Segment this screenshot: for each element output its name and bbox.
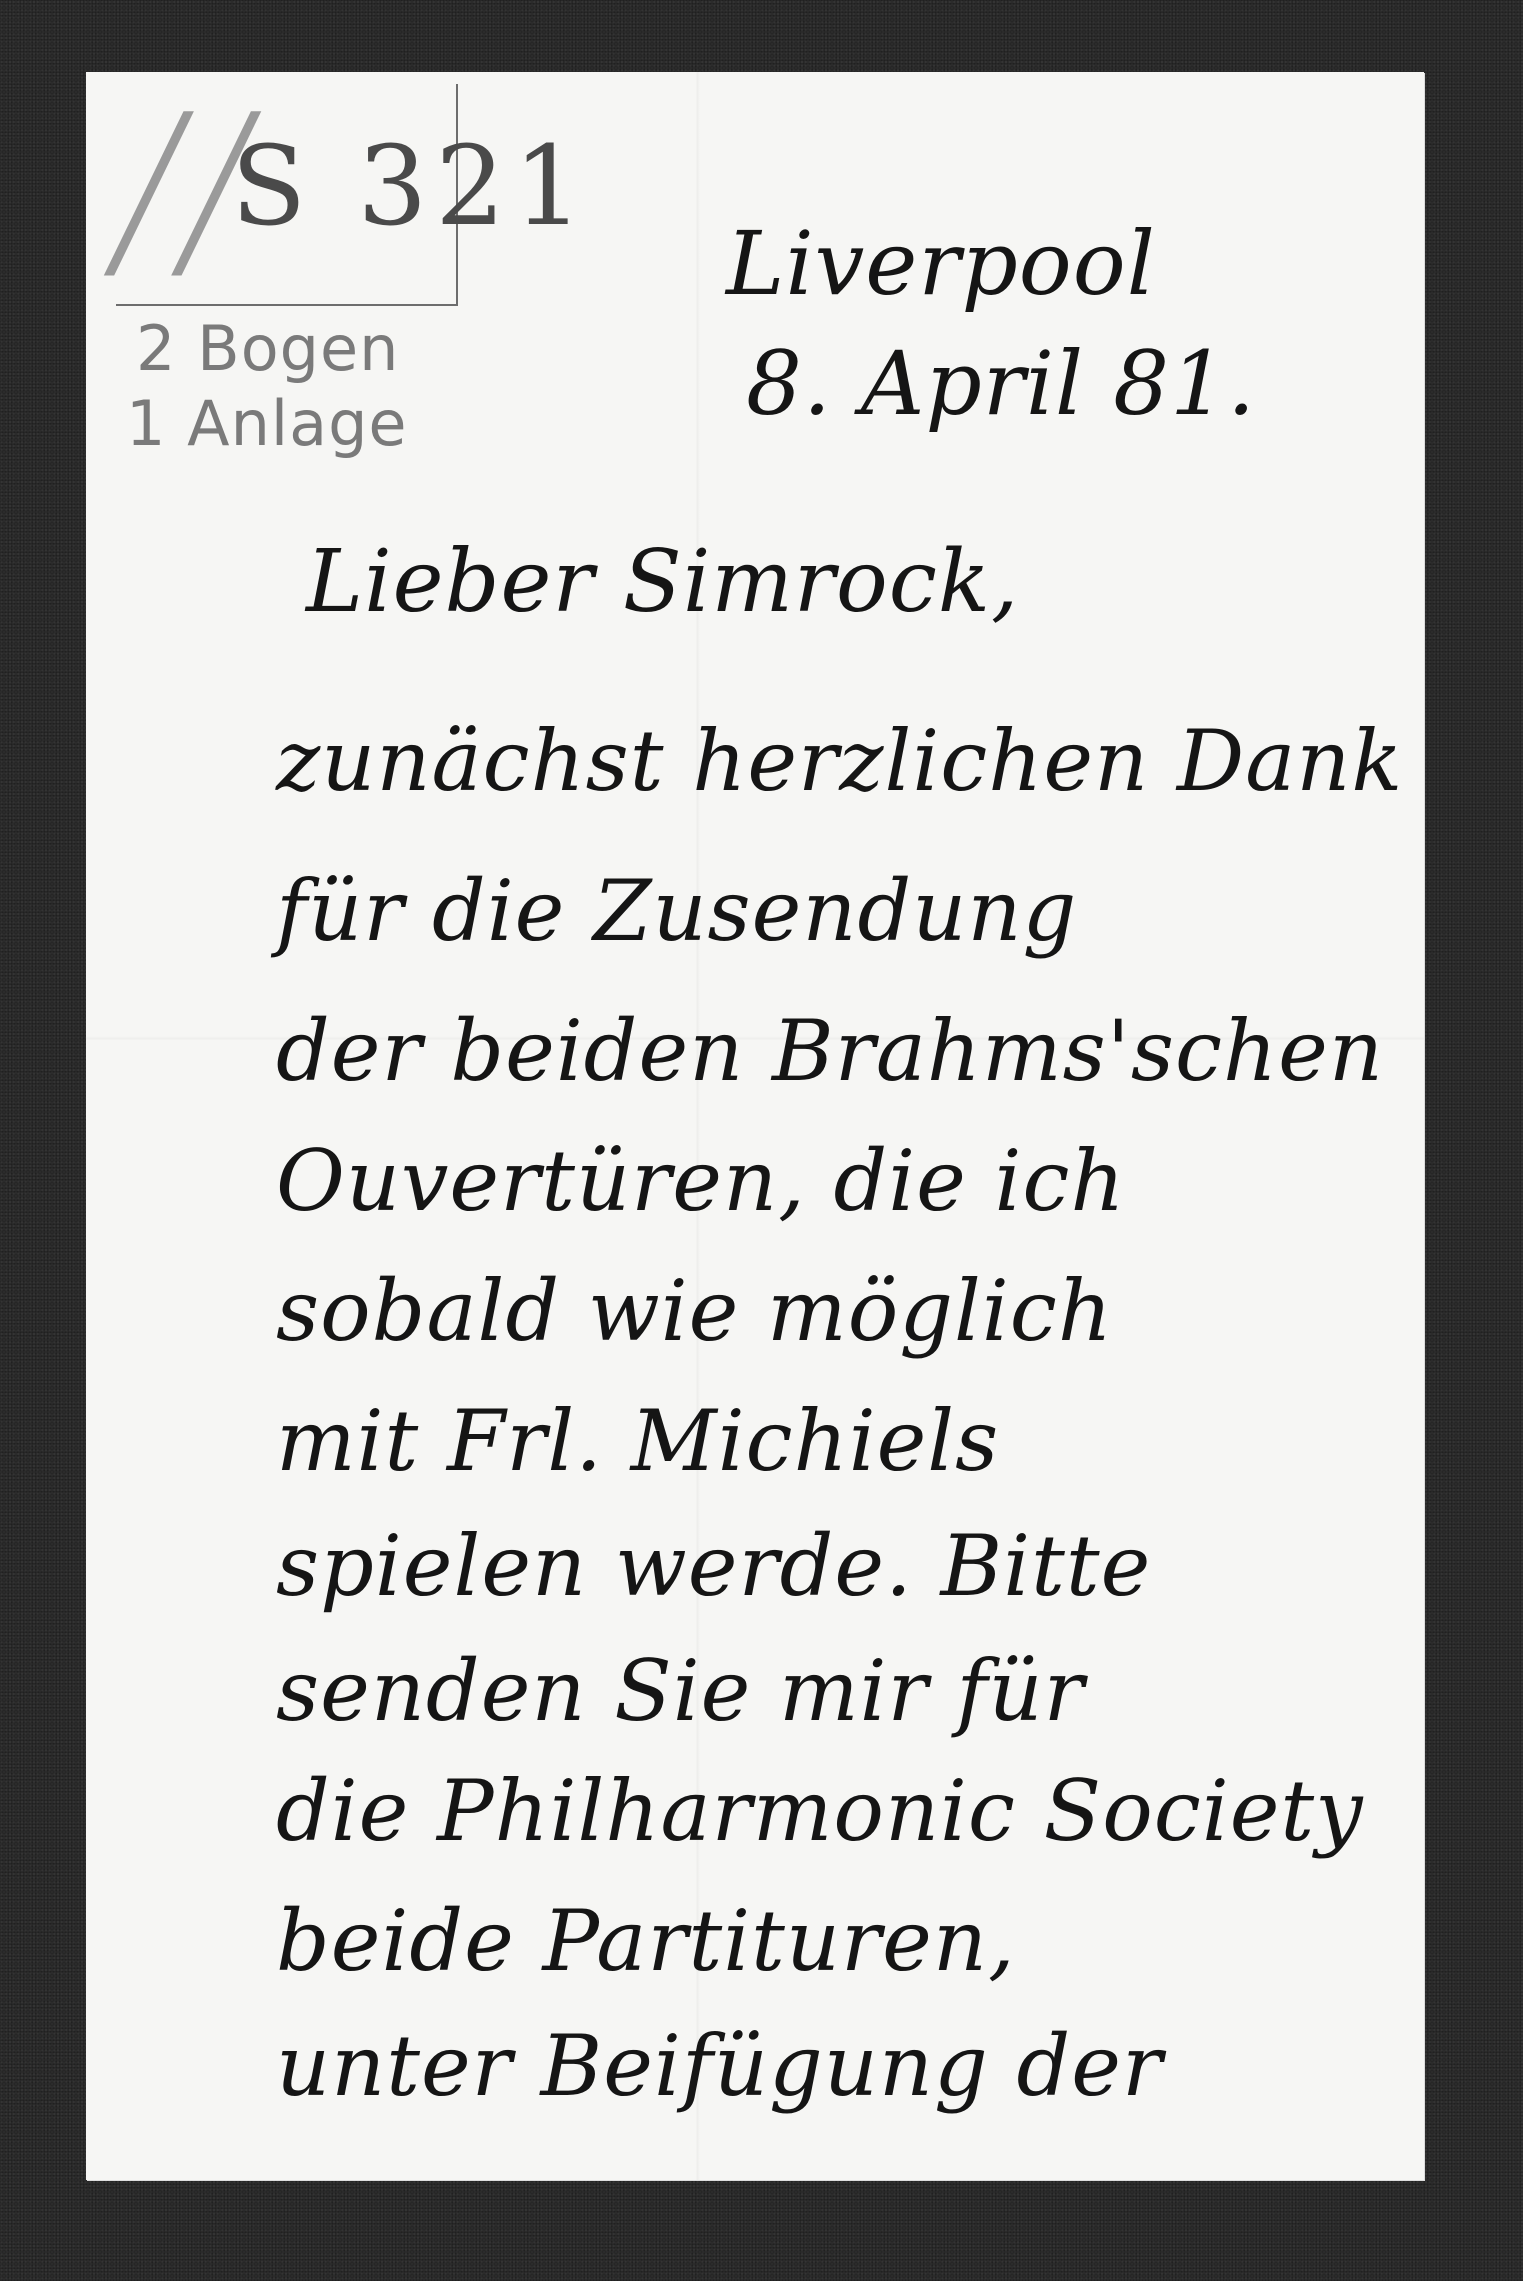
body-line: unter Beifügung der [276, 2017, 1163, 2115]
letter-date: 8. April 81. [746, 332, 1256, 435]
body-line: senden Sie mir für [276, 1642, 1085, 1740]
body-line: Ouvertüren, die ich [276, 1132, 1126, 1230]
body-line: spielen werde. Bitte [276, 1517, 1151, 1615]
body-line: beide Partituren, [276, 1892, 1016, 1990]
archive-signature-number: S 321 [231, 122, 591, 250]
body-line: mit Frl. Michiels [276, 1392, 999, 1490]
archive-enclosure-count: 1 Anlage [126, 387, 408, 460]
letter-salutation: Lieber Simrock, [306, 532, 1019, 632]
letter-place: Liverpool [726, 212, 1156, 315]
body-line: der beiden Brahms'schen [276, 1002, 1384, 1100]
body-line: für die Zusendung [276, 862, 1077, 960]
body-line: die Philharmonic Society [276, 1762, 1364, 1860]
letter-page: // S 321 2 Bogen 1 Anlage Liverpool 8. A… [86, 72, 1424, 2180]
body-line: zunächst herzlichen Dank [276, 712, 1403, 810]
archive-sheet-count: 2 Bogen [136, 312, 399, 385]
body-line: sobald wie möglich [276, 1262, 1113, 1360]
